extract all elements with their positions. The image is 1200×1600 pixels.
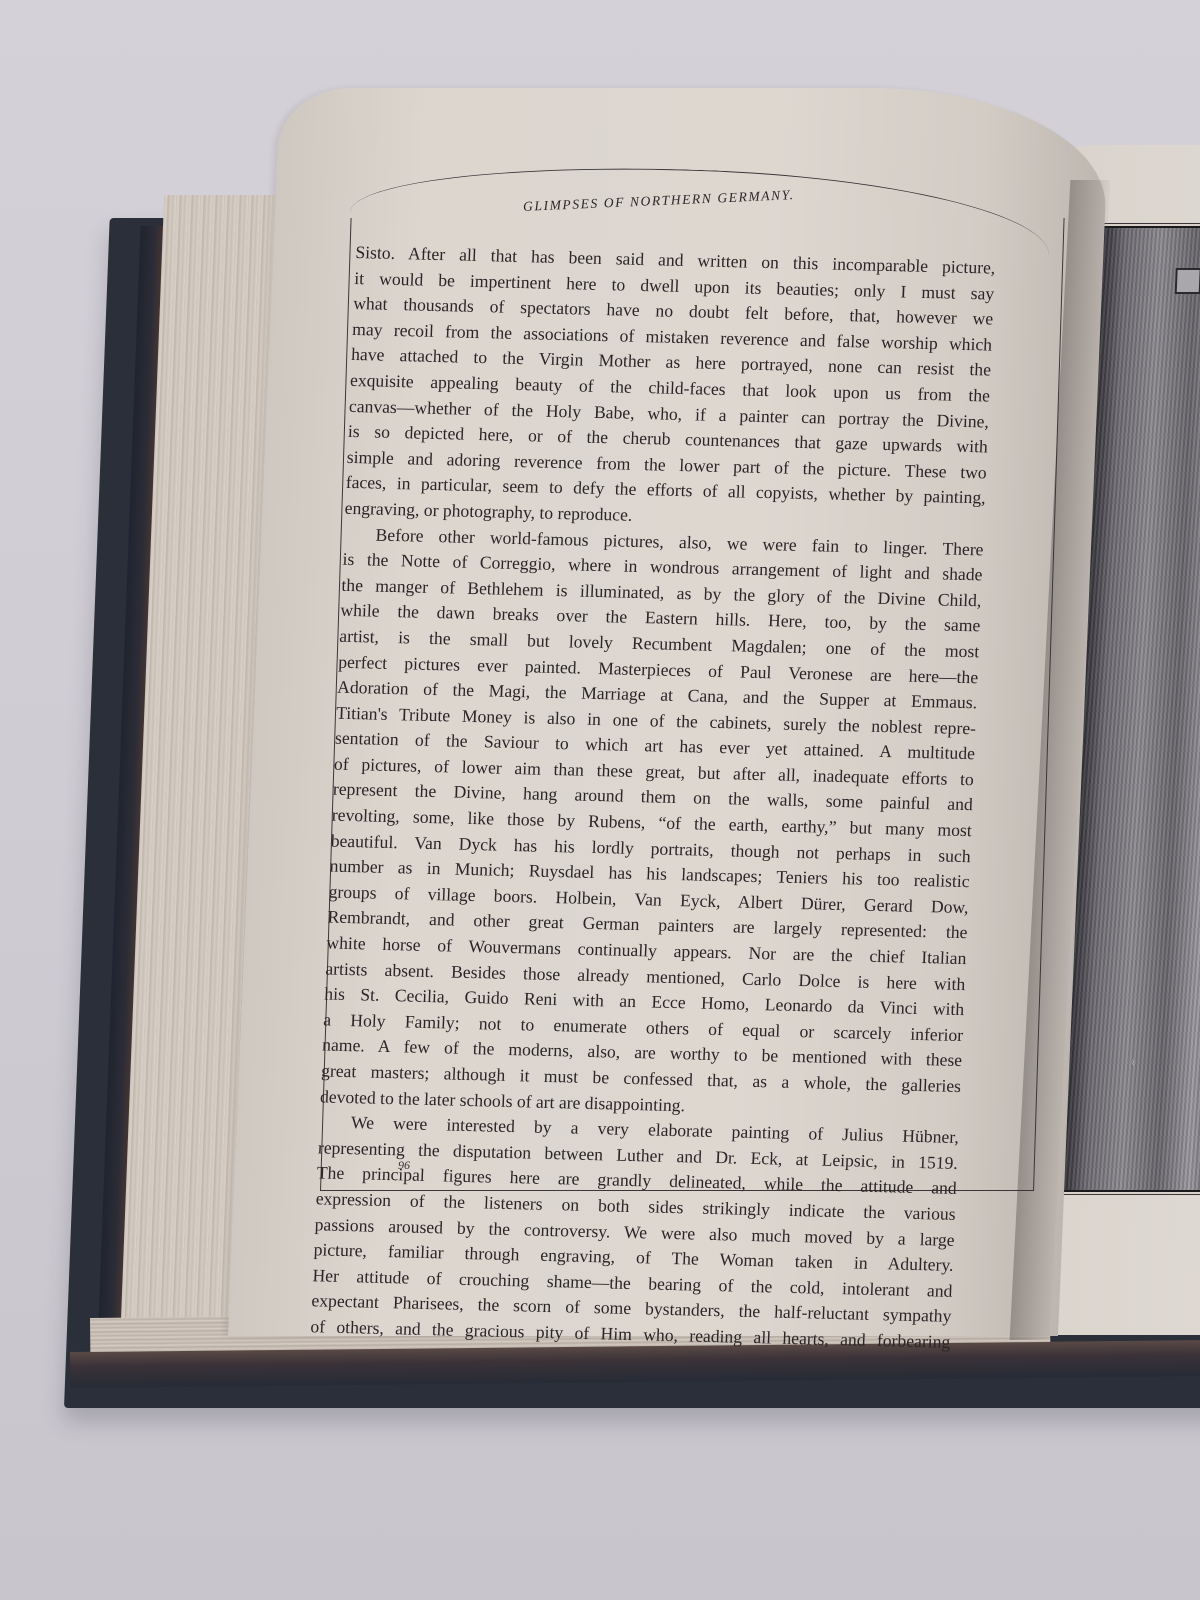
engraving-window-detail — [1175, 268, 1200, 294]
engraver-signature: ~ — [1128, 1060, 1138, 1066]
photo-scene: DRESDEN ; THE ZWINGER ; INTERIOR VIEW. ~… — [0, 0, 1200, 1600]
body-text: Sisto. After all that has been said and … — [310, 240, 996, 1355]
page-number: 96 — [398, 1158, 410, 1173]
